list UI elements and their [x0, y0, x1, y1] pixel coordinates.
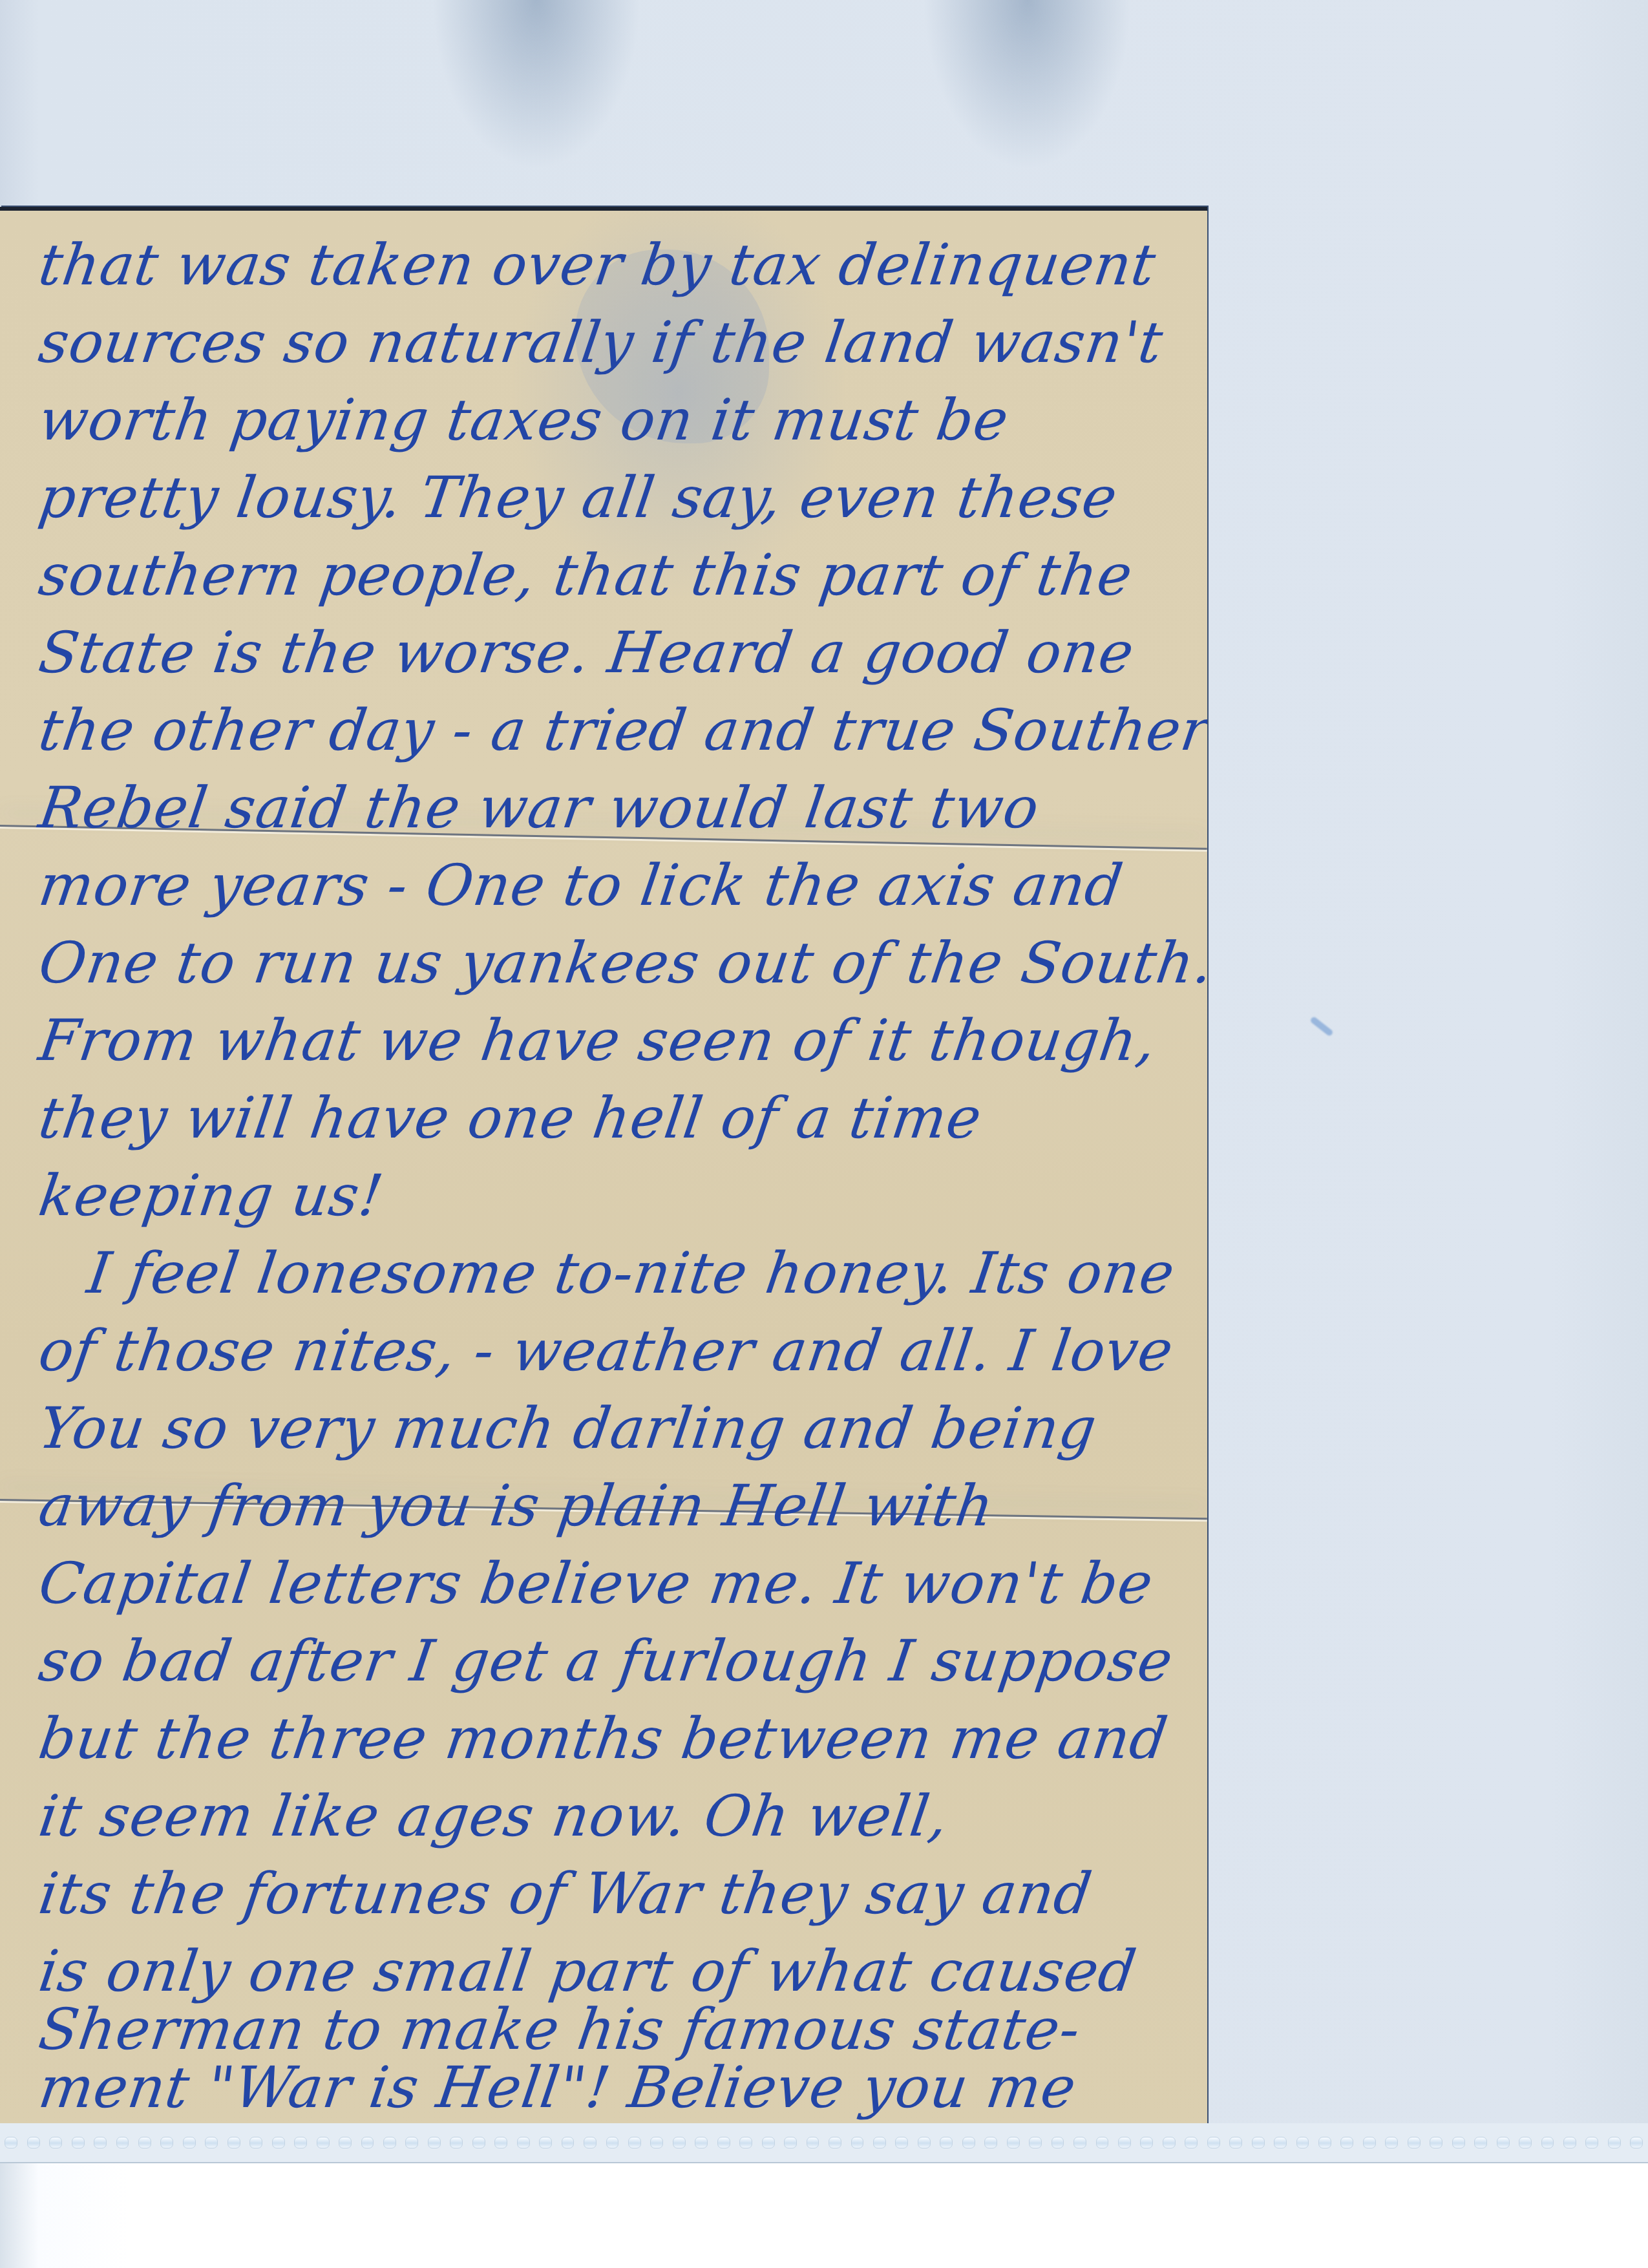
perforation-hole [562, 2137, 575, 2148]
perforation-hole [1363, 2137, 1376, 2148]
perforation-hole [829, 2137, 841, 2148]
perforation-hole [428, 2137, 441, 2148]
perforation-hole [361, 2137, 374, 2148]
perforation-hole [294, 2137, 307, 2148]
perforation-hole [72, 2137, 85, 2148]
perforation-hole [1252, 2137, 1265, 2148]
perforation-hole [584, 2137, 597, 2148]
perforation-hole [1118, 2137, 1131, 2148]
text-line: southern people, that this part of the [36, 547, 1136, 604]
perforation-hole [1452, 2137, 1465, 2148]
perforation-hole [851, 2137, 864, 2148]
perforation-hole [807, 2137, 819, 2148]
letter-page: that was taken over by tax delinquent so… [0, 207, 1207, 2127]
perforation-hole [1207, 2137, 1220, 2148]
perforation-hole [984, 2137, 997, 2148]
perforation-hole [1073, 2137, 1086, 2148]
perforation-hole [784, 2137, 797, 2148]
perforation-hole [1340, 2137, 1353, 2148]
text-line: sources so naturally if the land wasn't [36, 314, 1167, 371]
perforation-hole [606, 2137, 619, 2148]
text-line: Rebel said the war would last two [36, 779, 1042, 836]
scanner-bed-white [0, 2163, 1648, 2268]
text-line: is only one small part of what caused [36, 1943, 1140, 2000]
perforation-hole [1318, 2137, 1331, 2148]
perforation-hole [94, 2137, 107, 2148]
perforation-hole [1140, 2137, 1153, 2148]
perforation-hole [227, 2137, 240, 2148]
perforation-hole [1229, 2137, 1242, 2148]
perforation-hole [205, 2137, 218, 2148]
perforation-hole [5, 2137, 17, 2148]
perforation-hole [1096, 2137, 1109, 2148]
text-line: away from you is plain Hell with [36, 1478, 997, 1534]
text-line: State is the worse. Heard a good one [36, 624, 1137, 681]
perforation-hole [1274, 2137, 1287, 2148]
perforation-hole [1163, 2137, 1176, 2148]
perforation-hole [27, 2137, 40, 2148]
perforation-hole [1007, 2137, 1020, 2148]
perforation-hole [762, 2137, 775, 2148]
perforation-hole [1608, 2137, 1621, 2148]
perforation-hole [1563, 2137, 1576, 2148]
perforation-hole [1430, 2137, 1442, 2148]
perforation-hole [717, 2137, 730, 2148]
text-line: the other day - a tried and true Souther… [36, 702, 1207, 759]
sleeve-perforations [0, 2133, 1648, 2152]
perforation-hole [739, 2137, 752, 2148]
perforation-hole [628, 2137, 641, 2148]
text-line: From what we have seen of it though, [36, 1012, 1160, 1069]
perforation-hole [918, 2137, 931, 2148]
perforation-hole [1029, 2137, 1042, 2148]
perforation-hole [49, 2137, 62, 2148]
perforation-hole [539, 2137, 552, 2148]
text-line: but the three months between me and [36, 1710, 1171, 1767]
perforation-hole [1051, 2137, 1064, 2148]
perforation-hole [940, 2137, 953, 2148]
perforation-hole [1385, 2137, 1398, 2148]
perforation-hole [116, 2137, 129, 2148]
perforation-hole [160, 2137, 173, 2148]
text-line: One to run us yankees out of the South. [36, 935, 1207, 991]
perforation-hole [1185, 2137, 1198, 2148]
text-line: pretty lousy. They all say, even these [36, 469, 1121, 526]
perforation-hole [472, 2137, 485, 2148]
text-line: Sherman to make his famous state- [36, 2001, 1084, 2058]
text-line: worth paying taxes on it must be [36, 392, 1012, 449]
text-line: ment "War is Hell"! Believe you me [36, 2059, 1080, 2116]
perforation-hole [450, 2137, 463, 2148]
perforation-hole [517, 2137, 530, 2148]
perforation-hole [962, 2137, 975, 2148]
perforation-hole [272, 2137, 285, 2148]
perforation-hole [249, 2137, 262, 2148]
perforation-hole [494, 2137, 507, 2148]
text-line: they will have one hell of a time [36, 1090, 986, 1147]
perforation-hole [138, 2137, 151, 2148]
perforation-hole [673, 2137, 686, 2148]
text-line: Capital letters believe me. It won't be [36, 1555, 1157, 1612]
text-line: its the fortunes of War they say and [36, 1865, 1095, 1922]
perforation-hole [1630, 2137, 1643, 2148]
perforation-hole [873, 2137, 886, 2148]
text-line: that was taken over by tax delinquent [36, 237, 1159, 293]
text-line: keeping us! [36, 1167, 387, 1224]
perforation-hole [1497, 2137, 1510, 2148]
perforation-hole [650, 2137, 663, 2148]
perforation-hole [1408, 2137, 1421, 2148]
text-line: You so very much darling and being [36, 1400, 1100, 1457]
text-line: it seem like ages now. Oh well, [36, 1788, 952, 1845]
text-line: I feel lonesome to-nite honey. Its one [84, 1245, 1178, 1302]
perforation-hole [339, 2137, 352, 2148]
perforation-hole [383, 2137, 396, 2148]
perforation-hole [1296, 2137, 1309, 2148]
perforation-hole [895, 2137, 908, 2148]
perforation-hole [317, 2137, 330, 2148]
perforation-hole [1474, 2137, 1487, 2148]
text-line: of those nites, - weather and all. I lov… [36, 1322, 1177, 1379]
text-line: so bad after I get a furlough I suppose [36, 1633, 1177, 1690]
perforation-hole [1541, 2137, 1554, 2148]
perforation-hole [183, 2137, 196, 2148]
perforation-hole [1519, 2137, 1532, 2148]
text-line: more years - One to lick the axis and [36, 857, 1126, 914]
perforation-hole [405, 2137, 418, 2148]
perforation-hole [695, 2137, 708, 2148]
perforation-hole [1585, 2137, 1598, 2148]
